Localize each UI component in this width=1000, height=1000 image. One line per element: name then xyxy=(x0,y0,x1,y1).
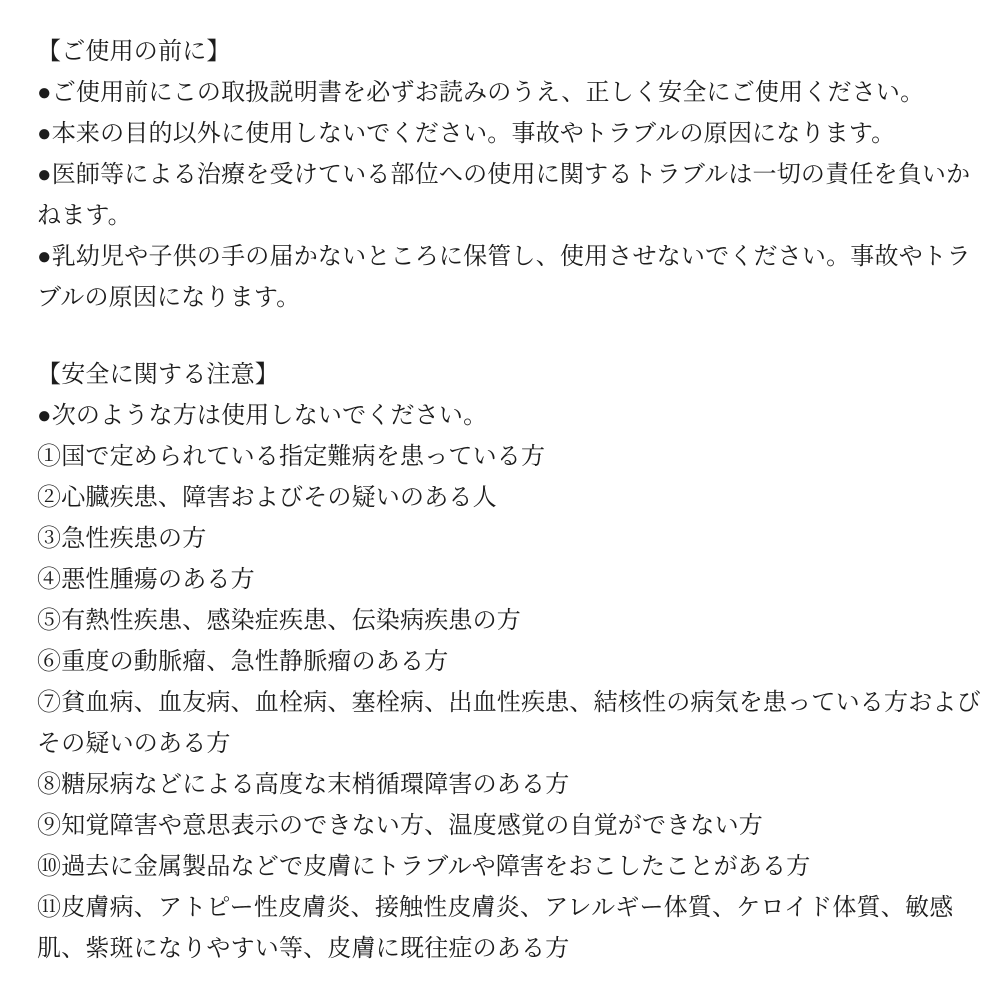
section-heading: 【ご使用の前に】 xyxy=(37,31,990,72)
section-heading: 【安全に関する注意】 xyxy=(37,354,990,395)
section-safety-notes: 【安全に関する注意】 ●次のような方は使用しないでください。 ①国で定められてい… xyxy=(37,354,990,969)
list-item: ⑥重度の動脈瘤、急性静脈瘤のある方 xyxy=(37,641,990,682)
notice-item: ●乳幼児や子供の手の届かないところに保管し、使用させないでください。事故やトラブ… xyxy=(37,236,990,318)
list-item: ⑩過去に金属製品などで皮膚にトラブルや障害をおこしたことがある方 xyxy=(37,846,990,887)
notice-item: ●医師等による治療を受けている部位への使用に関するトラブルは一切の責任を負いかね… xyxy=(37,154,990,236)
section-before-use: 【ご使用の前に】 ●ご使用前にこの取扱説明書を必ずお読みのうえ、正しく安全にご使… xyxy=(37,31,990,318)
notice-item: ●本来の目的以外に使用しないでください。事故やトラブルの原因になります。 xyxy=(37,113,990,154)
list-item: ⑨知覚障害や意思表示のできない方、温度感覚の自覚ができない方 xyxy=(37,805,990,846)
list-item: ⑪皮膚病、アトピー性皮膚炎、接触性皮膚炎、アレルギー体質、ケロイド体質、敏感肌、… xyxy=(37,887,990,969)
list-item: ⑦貧血病、血友病、血栓病、塞栓病、出血性疾患、結核性の病気を患っている方およびそ… xyxy=(37,682,990,764)
list-item: ①国で定められている指定難病を患っている方 xyxy=(37,436,990,477)
list-item: ②心臓疾患、障害およびその疑いのある人 xyxy=(37,477,990,518)
list-item: ⑧糖尿病などによる高度な末梢循環障害のある方 xyxy=(37,764,990,805)
manual-page: 【ご使用の前に】 ●ご使用前にこの取扱説明書を必ずお読みのうえ、正しく安全にご使… xyxy=(0,0,1000,1000)
notice-item: ●ご使用前にこの取扱説明書を必ずお読みのうえ、正しく安全にご使用ください。 xyxy=(37,72,990,113)
list-item: ⑤有熱性疾患、感染症疾患、伝染病疾患の方 xyxy=(37,600,990,641)
list-item: ③急性疾患の方 xyxy=(37,518,990,559)
list-item: ④悪性腫瘍のある方 xyxy=(37,559,990,600)
notice-item: ●次のような方は使用しないでください。 xyxy=(37,395,990,436)
